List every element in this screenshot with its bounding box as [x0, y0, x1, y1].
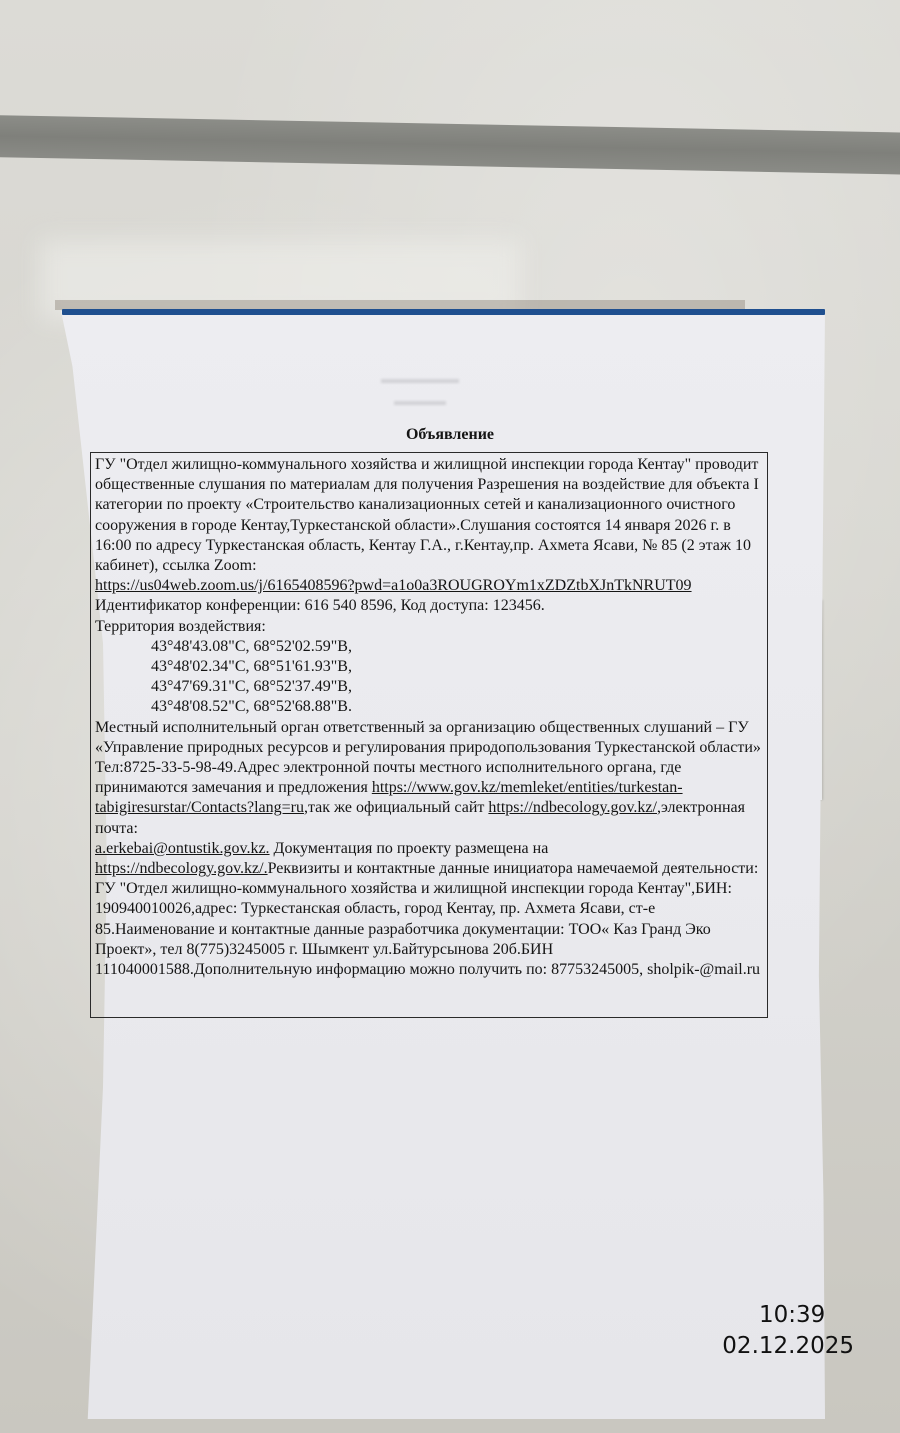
- notice-body: ГУ "Отдел жилищно-коммунального хозяйств…: [90, 452, 768, 1018]
- photo-timestamp: 10:39 02.12.2025: [722, 1300, 854, 1362]
- docs-link[interactable]: https://ndbecology.gov.kz/.: [95, 860, 268, 877]
- notice-title: Объявление: [0, 426, 900, 444]
- timestamp-date: 02.12.2025: [722, 1333, 854, 1359]
- initiator-developer-text: Реквизиты и контактные данные инициатора…: [95, 860, 760, 978]
- coordinate-line: 43°48'02.34"С, 68°51'61.93"В,: [95, 657, 763, 677]
- timestamp-time: 10:39: [722, 1300, 854, 1331]
- paper-blue-edge: [62, 309, 825, 315]
- coordinate-line: 43°48'43.08"С, 68°52'02.59"В,: [95, 637, 763, 657]
- coordinate-line: 43°48'08.52"С, 68°52'68.88"В.: [95, 697, 763, 717]
- docs-label: Документация по проекту размещена на: [270, 840, 549, 857]
- site-label: ,так же официальный сайт: [304, 799, 488, 816]
- announcement-paragraph: ГУ "Отдел жилищно-коммунального хозяйств…: [95, 455, 763, 576]
- coordinate-line: 43°47'69.31"С, 68°52'37.49"В,: [95, 677, 763, 697]
- territory-label: Территория воздействия:: [95, 617, 763, 637]
- authority-paragraph: Местный исполнительный орган ответственн…: [95, 718, 763, 981]
- conference-id-line: Идентификатор конференции: 616 540 8596,…: [95, 596, 763, 616]
- site-link[interactable]: https://ndbecology.gov.kz/: [488, 799, 657, 816]
- email-link[interactable]: a.erkebai@ontustik.gov.kz.: [95, 840, 270, 857]
- zoom-link[interactable]: https://us04web.zoom.us/j/6165408596?pwd…: [95, 577, 692, 594]
- bleed-through-text: ▬▬▬▬▬▬▬▬▬▬: [360, 368, 480, 412]
